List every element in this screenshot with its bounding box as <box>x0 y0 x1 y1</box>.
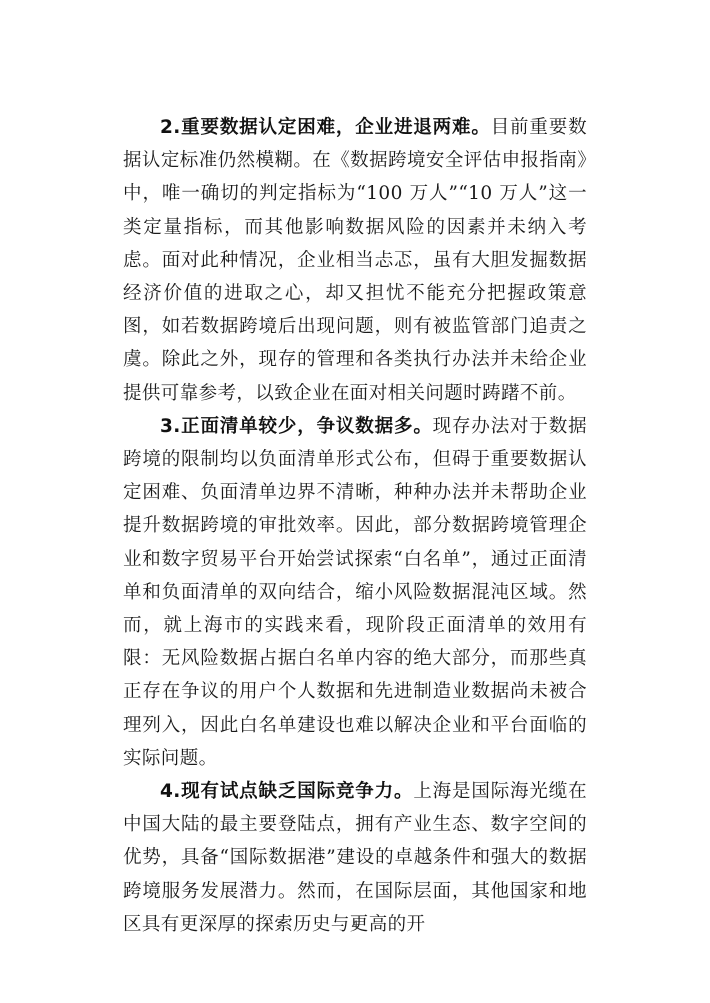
document-page: 2.重要数据认定困难，企业进退两难。目前重要数据认定标准仍然模糊。在《数据跨境安… <box>0 0 710 1003</box>
paragraph-pilot-competitiveness: 4.现有试点缺乏国际竞争力。上海是国际海光缆在中国大陆的最主要登陆点，拥有产业生… <box>123 775 587 941</box>
paragraph-text: 目前重要数据认定标准仍然模糊。在《数据跨境安全评估申报指南》中，唯一确切的判定指… <box>123 117 587 404</box>
page-number: 4 <box>0 918 710 932</box>
paragraph-text: 上海是国际海光缆在中国大陆的最主要登陆点，拥有产业生态、数字空间的优势，具备“国… <box>123 781 587 935</box>
paragraph-important-data: 2.重要数据认定困难，企业进退两难。目前重要数据认定标准仍然模糊。在《数据跨境安… <box>123 111 587 410</box>
paragraph-positive-list: 3.正面清单较少，争议数据多。现存办法对于数据跨境的限制均以负面清单形式公布，但… <box>123 410 587 775</box>
page-body: 2.重要数据认定困难，企业进退两难。目前重要数据认定标准仍然模糊。在《数据跨境安… <box>123 111 587 941</box>
paragraph-heading: 2.重要数据认定困难，企业进退两难。 <box>160 117 491 138</box>
paragraph-heading: 3.正面清单较少，争议数据多。 <box>160 416 433 437</box>
paragraph-text: 现存办法对于数据跨境的限制均以负面清单形式公布，但碍于重要数据认定困难、负面清单… <box>123 416 587 769</box>
paragraph-heading: 4.现有试点缺乏国际竞争力。 <box>160 781 413 802</box>
